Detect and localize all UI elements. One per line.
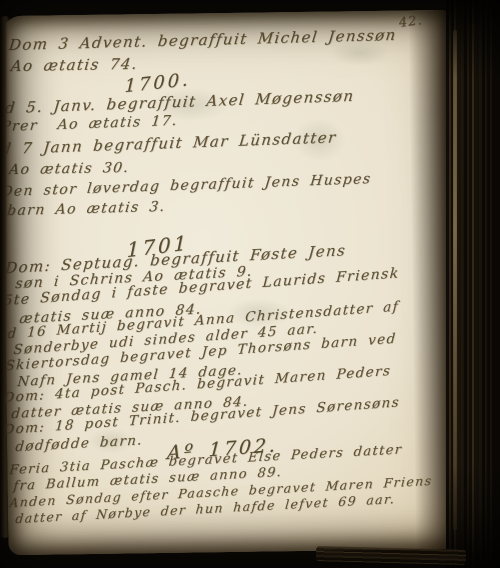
handwriting-layer: 42. Dom 3 Advent. begraffuit Michel Jens… [0, 0, 500, 568]
book-binding-left-edge [0, 16, 10, 538]
book-fore-edge-pages [446, 0, 500, 568]
manuscript-line: barn Ao ætatis 3. [6, 199, 166, 219]
manuscript-line: Ao ætatis 74. [10, 55, 139, 75]
manuscript-line: Ao ætatis 30. [8, 160, 130, 178]
photo-of-register-page: 42. Dom 3 Advent. begraffuit Michel Jens… [0, 0, 500, 568]
page-number: 42. [398, 13, 423, 31]
manuscript-line: Dom 3 Advent. begraffuit Michel Jenssøn [8, 26, 398, 54]
